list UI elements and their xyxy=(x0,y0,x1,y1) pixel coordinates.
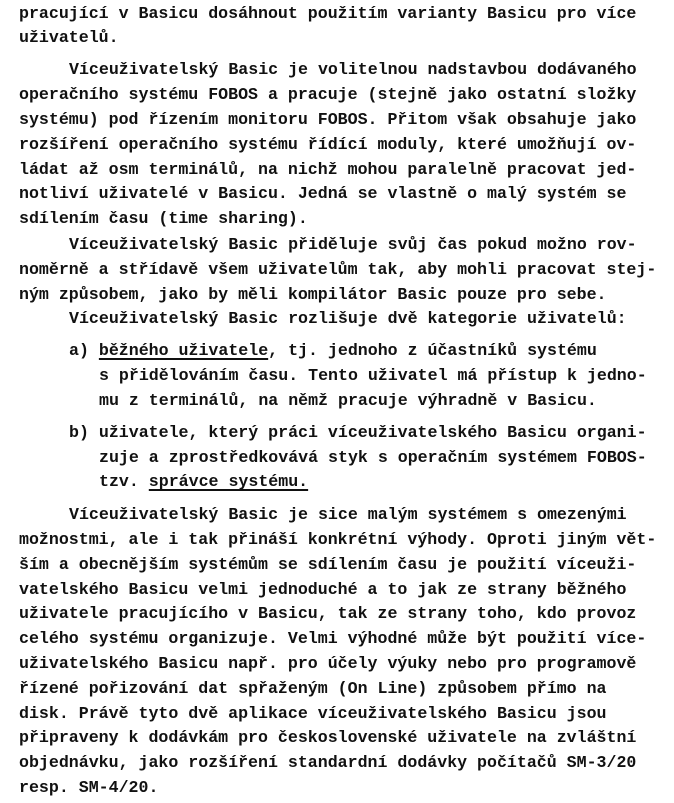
text-line: objednávku, jako rozšíření standardní do… xyxy=(19,753,636,773)
text-line: možnostmi, ale i tak přináší konkrétní v… xyxy=(19,530,656,550)
text-line: systému) pod řízením monitoru FOBOS. Při… xyxy=(19,110,636,130)
text-line: zuje a zprostředkovává styk s operačním … xyxy=(99,448,647,468)
text-line: b) uživatele, který práci víceuživatelsk… xyxy=(69,423,647,443)
text-line: uživatele pracujícího v Basicu, tak ze s… xyxy=(19,604,636,624)
text-line: resp. SM-4/20. xyxy=(19,778,158,798)
text-line: Víceuživatelský Basic rozlišuje dvě kate… xyxy=(69,309,627,329)
text-line: pracující v Basicu dosáhnout použitím va… xyxy=(19,4,636,24)
text-segment: tzv. xyxy=(99,472,149,491)
text-line: notliví uživatelé v Basicu. Jedná se vla… xyxy=(19,184,626,204)
text-line: Víceuživatelský Basic přiděluje svůj čas… xyxy=(69,235,637,255)
text-line: celého systému organizuje. Velmi výhodné… xyxy=(19,629,646,649)
text-line: tzv. správce systému. xyxy=(99,472,308,492)
text-line: mu z terminálů, na němž pracuje výhradně… xyxy=(99,391,597,411)
text-segment: , tj. jednoho z účastníků systému xyxy=(268,341,597,360)
text-line: operačního systému FOBOS a pracuje (stej… xyxy=(19,85,636,105)
text-line: disk. Právě tyto dvě aplikace víceuživat… xyxy=(19,704,607,724)
text-line: připraveny k dodávkám pro československé… xyxy=(19,728,636,748)
text-line: s přidělováním času. Tento uživatel má p… xyxy=(99,366,647,386)
text-line: ným způsobem, jako by měli kompilátor Ba… xyxy=(19,285,607,305)
text-line: ládat až osm terminálů, na nichž mohou p… xyxy=(19,160,636,180)
text-line: rozšíření operačního systému řídící modu… xyxy=(19,135,636,155)
text-line: uživatelského Basicu např. pro účely výu… xyxy=(19,654,636,674)
text-line: vatelského Basicu velmi jednoduché a to … xyxy=(19,580,626,600)
text-line: uživatelů. xyxy=(19,28,119,48)
underlined-term: správce systému. xyxy=(149,472,308,491)
underlined-term: běžného uživatele xyxy=(99,341,268,360)
text-line: Víceuživatelský Basic je volitelnou nads… xyxy=(69,60,637,80)
text-line: ším a obecnějším systémům se sdílením ča… xyxy=(19,555,636,575)
text-segment: a) xyxy=(69,341,99,360)
text-line: a) běžného uživatele, tj. jednoho z účas… xyxy=(69,341,597,361)
text-line: Víceuživatelský Basic je sice malým syst… xyxy=(69,505,627,525)
text-line: noměrně a střídavě všem uživatelům tak, … xyxy=(19,260,656,280)
text-line: řízené pořizování dat spřaženým (On Line… xyxy=(19,679,607,699)
text-line: sdílením času (time sharing). xyxy=(19,209,308,229)
